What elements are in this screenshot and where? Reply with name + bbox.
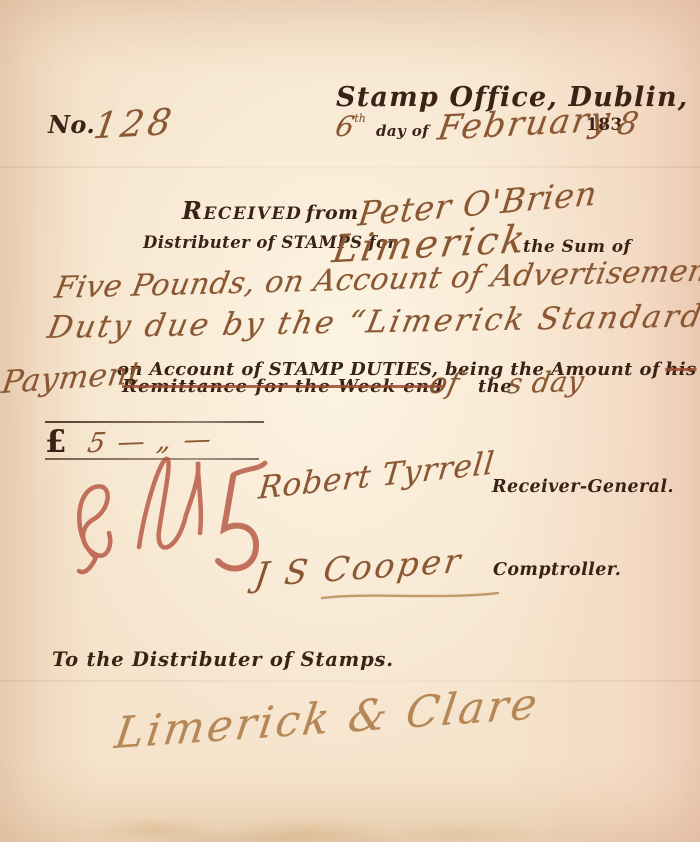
received-label: Received [182,196,302,225]
footer-address-line: To the Distributer of Stamps. [52,648,394,671]
footer-district-script: Limerick & Clare [114,679,541,759]
signature-underline-flourish [320,588,500,604]
struck-remittance-text: Remittance for the Week end [122,376,444,397]
pound-sign: £ [45,424,67,460]
inserted-word-of: of [430,366,459,400]
date-day: 6th [336,110,366,143]
day-of-label: day of [376,122,429,140]
amount-rule-top [45,421,264,423]
comptroller-title: Comptroller. [493,560,621,580]
receipt-document: Stamp Office, Dublin, No. 128 6th day of… [0,0,700,842]
receipt-number-value: 128 [93,102,176,147]
comptroller-signature: J S Cooper [254,541,464,594]
sum-words-line2: Duty due by the “Limerick Standard” [48,298,700,346]
paper-crease [0,166,700,168]
red-ink-annotation [65,445,275,580]
struck-word-his: his [665,359,696,380]
from-label: from [306,202,359,224]
receiver-general-title: Receiver-General. [492,477,674,497]
date-year-digit: 8 [618,106,638,142]
paper-crease [0,680,700,682]
paper-stain [55,798,615,842]
inserted-word-day: s day [507,365,584,401]
receiver-general-signature: Robert Tyrrell [257,446,497,507]
sum-of-label: the Sum of [523,237,631,257]
receipt-number-label: No. [48,110,95,139]
